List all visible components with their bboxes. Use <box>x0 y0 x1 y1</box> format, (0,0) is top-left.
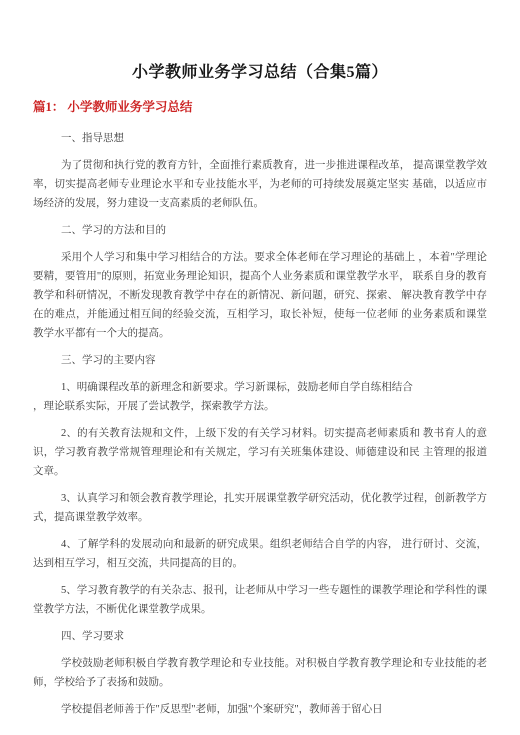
list-item-paragraph: 1、明确课程改革的新理念和新要求。学习新课标，鼓励老师自学自练相结合 ，理论联系… <box>33 378 487 416</box>
paragraph: 采用个人学习和集中学习相结合的方法。要求全体老师在学习理论的基础上 ，本着"学理… <box>33 248 487 343</box>
paragraph: 学校鼓励老师积极自学教育教学理论和专业技能。对积极自学教育教学理论和专业技能的老… <box>33 654 487 692</box>
section-title: 三、学习的主要内容 <box>33 351 487 370</box>
section-title: 一、指导思想 <box>33 129 487 148</box>
list-item-paragraph: 5、学习教育教学的有关杂志、报刊，让老师从中学习一些专题性的课教学理论和学科性的… <box>33 581 487 619</box>
list-item-paragraph: 3、认真学习和领会教育教学理论，扎实开展课堂教学研究活动，优化教学过程，创新教学… <box>33 489 487 527</box>
list-item-paragraph: 4、了解学科的发展动向和最新的研究成果。组织老师结合自学的内容， 进行研讨、交流… <box>33 535 487 573</box>
list-item-paragraph: 2、的有关教育法规和文件，上级下发的有关学习材料。切实提高老师素质和 教书育人的… <box>33 424 487 481</box>
paragraph: 为了贯彻和执行党的教育方针，全面推行素质教育，进一步推进课程改革， 提高课堂教学… <box>33 156 487 213</box>
section-title: 二、学习的方法和目的 <box>33 221 487 240</box>
paragraph: 学校提倡老师善于作"反思型"老师，加强"个案研究"，教师善于留心日 <box>33 700 487 719</box>
section-title: 四、学习要求 <box>33 627 487 646</box>
post-heading: 篇1： 小学教师业务学习总结 <box>33 99 487 116</box>
document-page: 小学教师业务学习总结（合集5篇） 篇1： 小学教师业务学习总结 一、指导思想 为… <box>0 0 520 735</box>
document-title: 小学教师业务学习总结（合集5篇） <box>33 62 487 84</box>
